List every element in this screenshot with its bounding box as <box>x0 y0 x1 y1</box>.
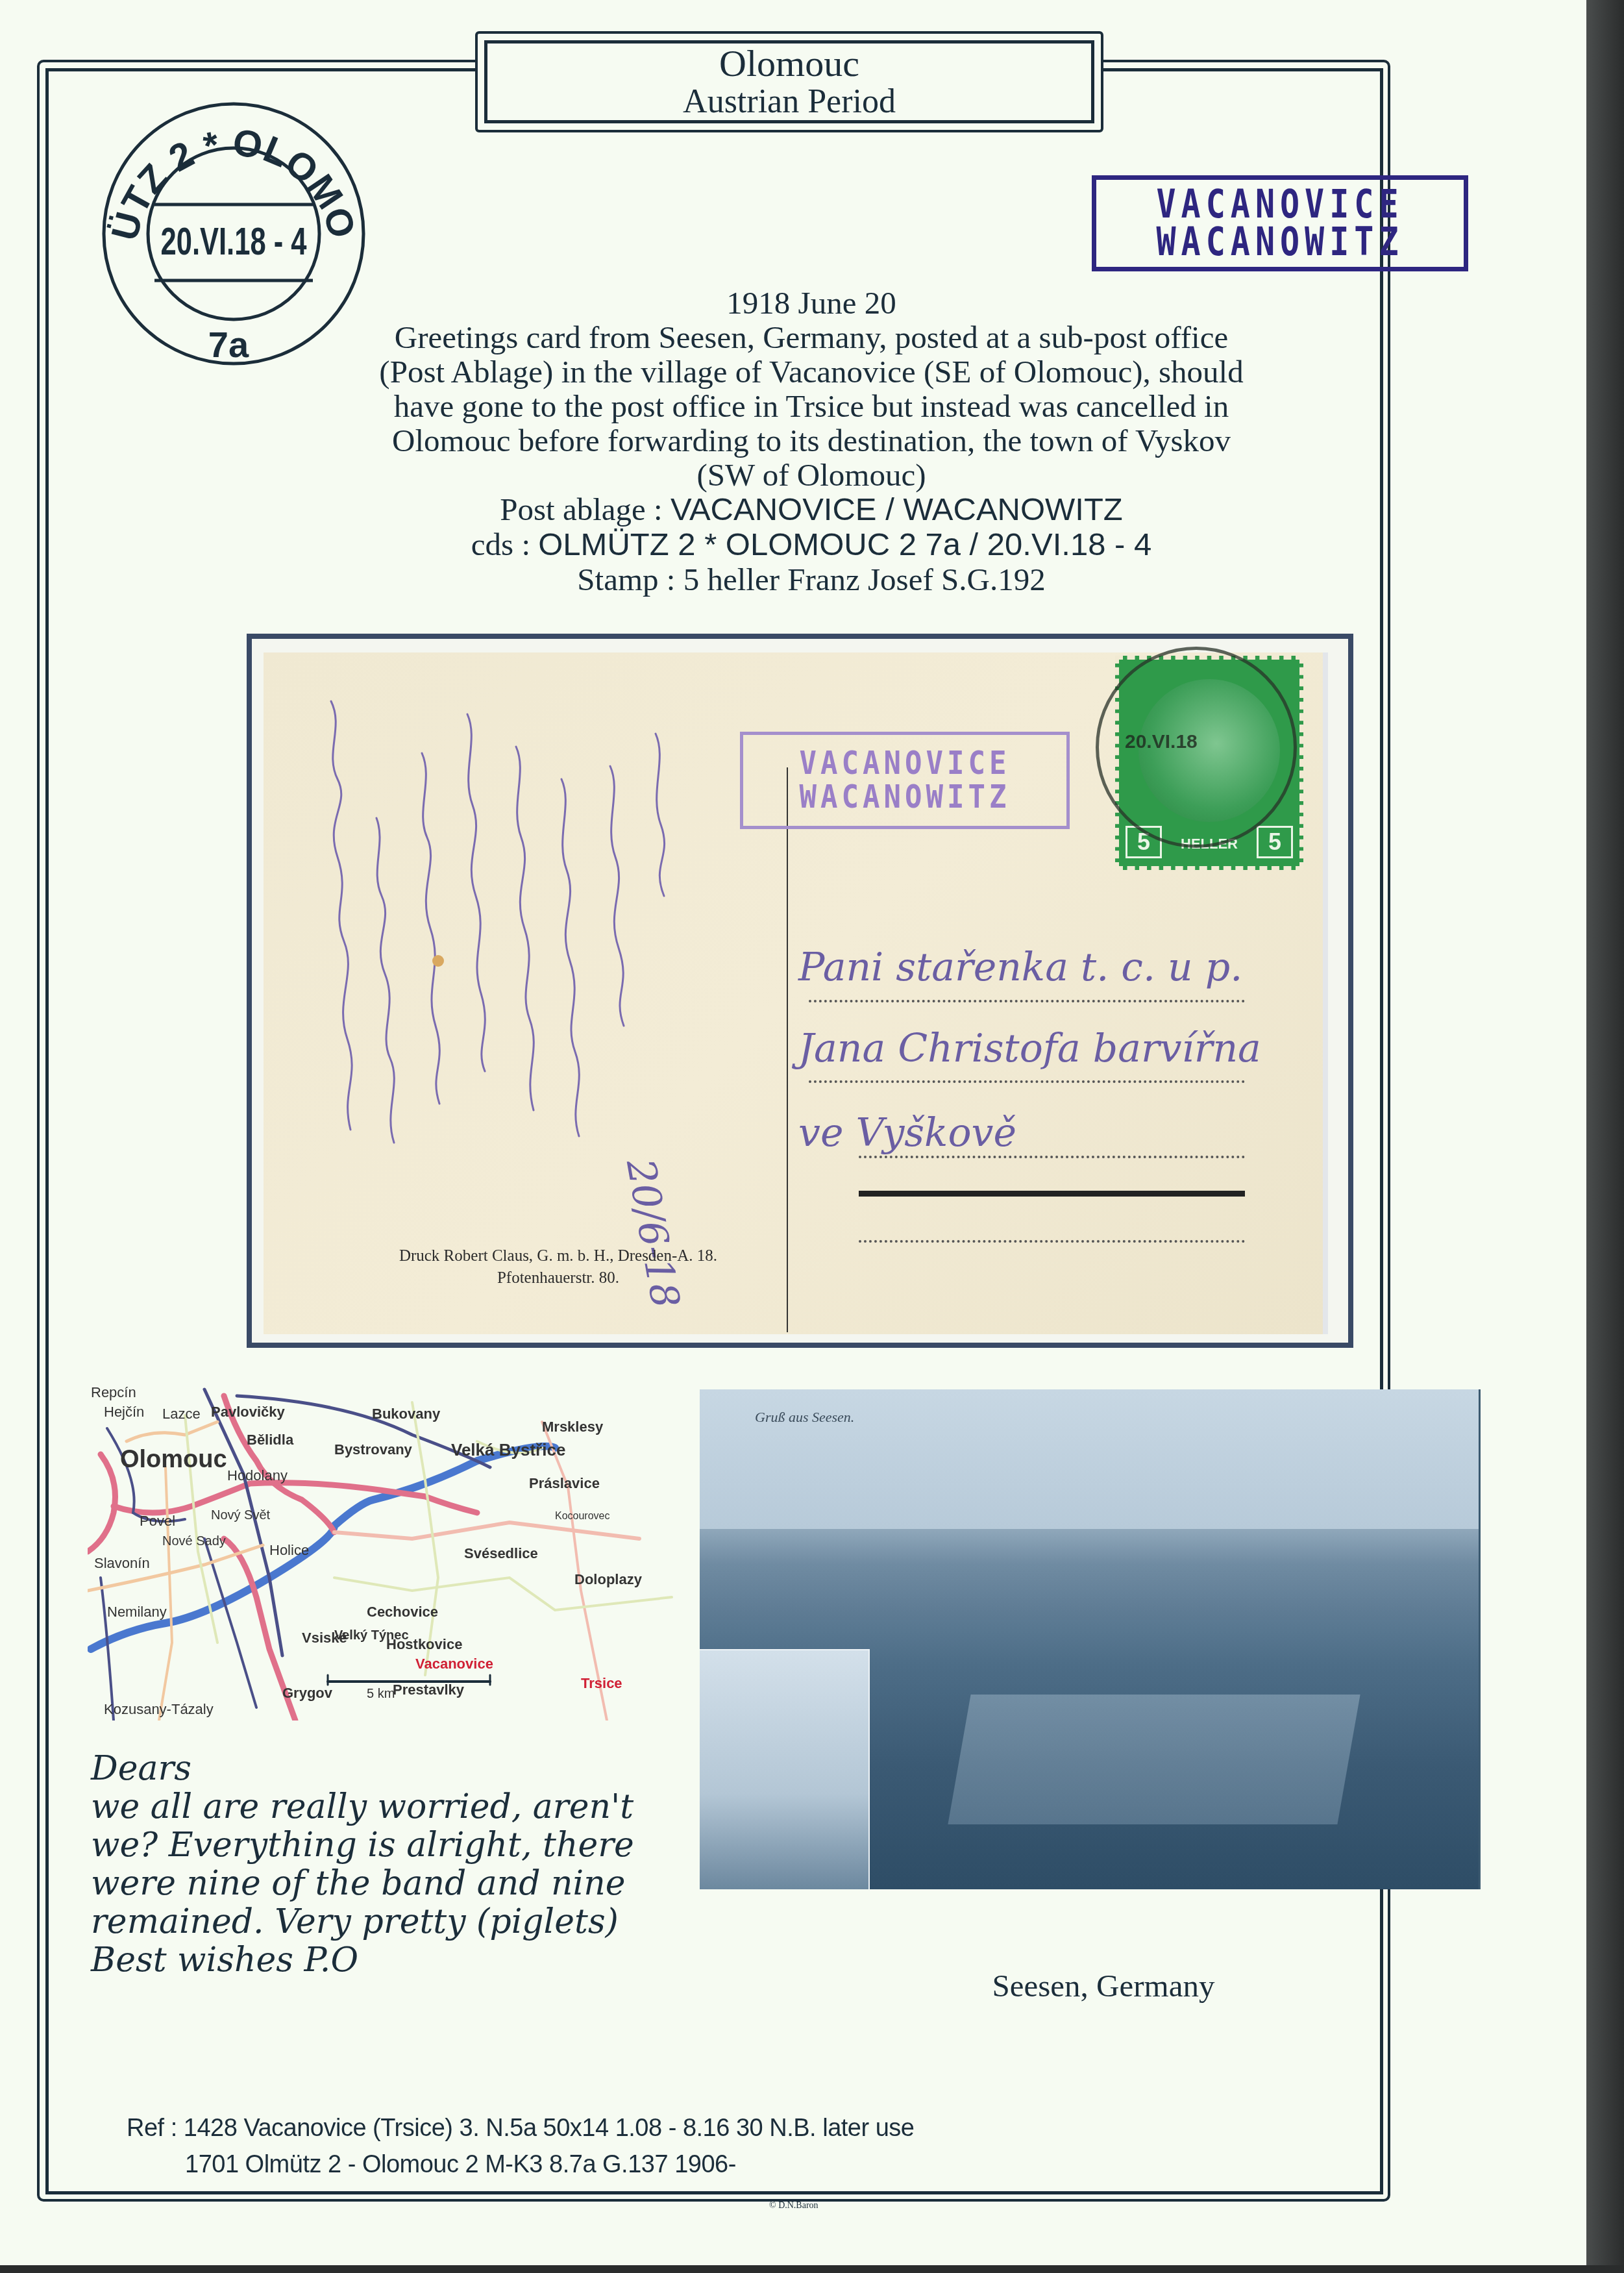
svg-text:Hejčín: Hejčín <box>104 1404 144 1420</box>
svg-text:Svésedlice: Svésedlice <box>464 1545 538 1561</box>
handwriting-scribble-icon <box>292 675 759 1298</box>
svg-text:Hodolany: Hodolany <box>227 1467 288 1484</box>
svg-text:Prestavlky: Prestavlky <box>393 1682 465 1698</box>
svg-text:Pavlovičky: Pavlovičky <box>211 1404 286 1420</box>
cds-date: 20.VI.18 - 4 <box>161 219 307 263</box>
area-map: Repcín Hejčín Lazce Pavlovičky Bukovany … <box>88 1383 678 1720</box>
address-line-3: ve Vyškově <box>798 1110 1016 1156</box>
svg-text:Povel: Povel <box>140 1513 175 1529</box>
ablage-line-2: WACANOWITZ <box>1156 219 1403 265</box>
title-box: Olomouc Austrian Period <box>475 31 1103 132</box>
svg-text:Slavonín: Slavonín <box>94 1555 150 1571</box>
svg-text:Bukovany: Bukovany <box>372 1406 441 1422</box>
scanner-bottom-edge <box>0 2265 1624 2273</box>
description-line: (SW of Olomouc) <box>253 458 1370 492</box>
address-dotted-line <box>809 1000 1245 1002</box>
address-dotted-line <box>859 1240 1245 1243</box>
svg-text:Nemilany: Nemilany <box>107 1604 167 1620</box>
map-illustration: Repcín Hejčín Lazce Pavlovičky Bukovany … <box>88 1383 678 1720</box>
description-line: Olomouc before forwarding to its destina… <box>253 423 1370 458</box>
svg-text:Vacanovice: Vacanovice <box>415 1656 493 1672</box>
stamp-postmark: 20.VI.18 <box>1096 647 1297 848</box>
svg-text:Kozusany-Tázaly: Kozusany-Tázaly <box>104 1701 214 1717</box>
stamp-line: Stamp : 5 heller Franz Josef S.G.192 <box>253 562 1370 597</box>
address-dotted-line <box>859 1156 1245 1158</box>
svg-text:Bystrovany: Bystrovany <box>334 1441 413 1458</box>
svg-text:5 km: 5 km <box>367 1687 395 1701</box>
printer-imprint: Druck Robert Claus, G. m. b. H., Dresden… <box>312 1245 805 1289</box>
svg-text:Hostkovice: Hostkovice <box>386 1636 462 1652</box>
svg-text:Kocourovec: Kocourovec <box>555 1511 610 1522</box>
copyright-notice: © D.N.Baron <box>769 2201 818 2211</box>
svg-text:Nové Sady: Nové Sady <box>162 1534 226 1548</box>
description-block: 1918 June 20 Greetings card from Seesen,… <box>253 286 1370 597</box>
description-line: (Post Ablage) in the village of Vacanovi… <box>253 354 1370 389</box>
page-subtitle: Austrian Period <box>683 84 896 120</box>
description-date: 1918 June 20 <box>253 286 1370 320</box>
svg-text:Nový Svět: Nový Svět <box>211 1508 271 1522</box>
address-underline-bar <box>859 1191 1245 1197</box>
handwritten-message <box>292 675 759 1298</box>
page-title: Olomouc <box>719 43 859 84</box>
cds-line: cds : OLMÜTZ 2 * OLOMOUC 2 7a / 20.VI.18… <box>253 527 1370 562</box>
scanner-edge <box>1586 0 1624 2273</box>
svg-text:Bělidla: Bělidla <box>247 1432 294 1448</box>
reference-line-2: 1701 Olmütz 2 - Olomouc 2 M-K3 8.7a G.13… <box>127 2146 914 2183</box>
reference-block: Ref : 1428 Vacanovice (Trsice) 3. N.5a 5… <box>127 2110 914 2183</box>
photo-caption: Seesen, Germany <box>909 1967 1298 2004</box>
svg-text:Olomouc: Olomouc <box>120 1446 227 1473</box>
svg-text:Velká Bystřice: Velká Bystřice <box>451 1440 565 1459</box>
description-line: Greetings card from Seesen, Germany, pos… <box>253 320 1370 354</box>
seesen-postcard-picture: Gruß aus Seesen. <box>700 1389 1481 1889</box>
address-dotted-line <box>809 1080 1245 1083</box>
svg-text:Mrsklesy: Mrsklesy <box>542 1419 604 1435</box>
svg-text:Lazce: Lazce <box>162 1406 201 1422</box>
post-ablage-line: Post ablage : VACANOVICE / WACANOWITZ <box>253 492 1370 527</box>
vacanovice-handstamp-on-card: VACANOVICE WACANOWITZ <box>740 732 1070 829</box>
church-inset <box>700 1649 870 1889</box>
post-ablage-handstamp-illustration: VACANOVICE WACANOWITZ <box>1092 175 1468 271</box>
svg-text:Trsice: Trsice <box>581 1675 622 1691</box>
svg-text:Práslavice: Práslavice <box>529 1475 600 1491</box>
address-line-2: Jana Christofa barvířna <box>798 1026 1261 1071</box>
photo-inscription: Gruß aus Seesen. <box>755 1409 854 1426</box>
cds-bottom-text: 7a <box>208 324 249 365</box>
description-line: have gone to the post office in Trsice b… <box>253 389 1370 423</box>
svg-text:Grygov: Grygov <box>282 1685 333 1701</box>
svg-text:Holice: Holice <box>269 1542 309 1558</box>
svg-text:Doloplazy: Doloplazy <box>574 1571 643 1587</box>
address-line-1: Pani stařenka t. c. u p. <box>798 945 1242 990</box>
reference-line-1: Ref : 1428 Vacanovice (Trsice) 3. N.5a 5… <box>127 2110 914 2146</box>
message-translation: Dears we all are really worried, aren't … <box>91 1750 701 1980</box>
svg-text:Repcín: Repcín <box>91 1384 136 1400</box>
svg-text:Cechovice: Cechovice <box>367 1604 438 1620</box>
